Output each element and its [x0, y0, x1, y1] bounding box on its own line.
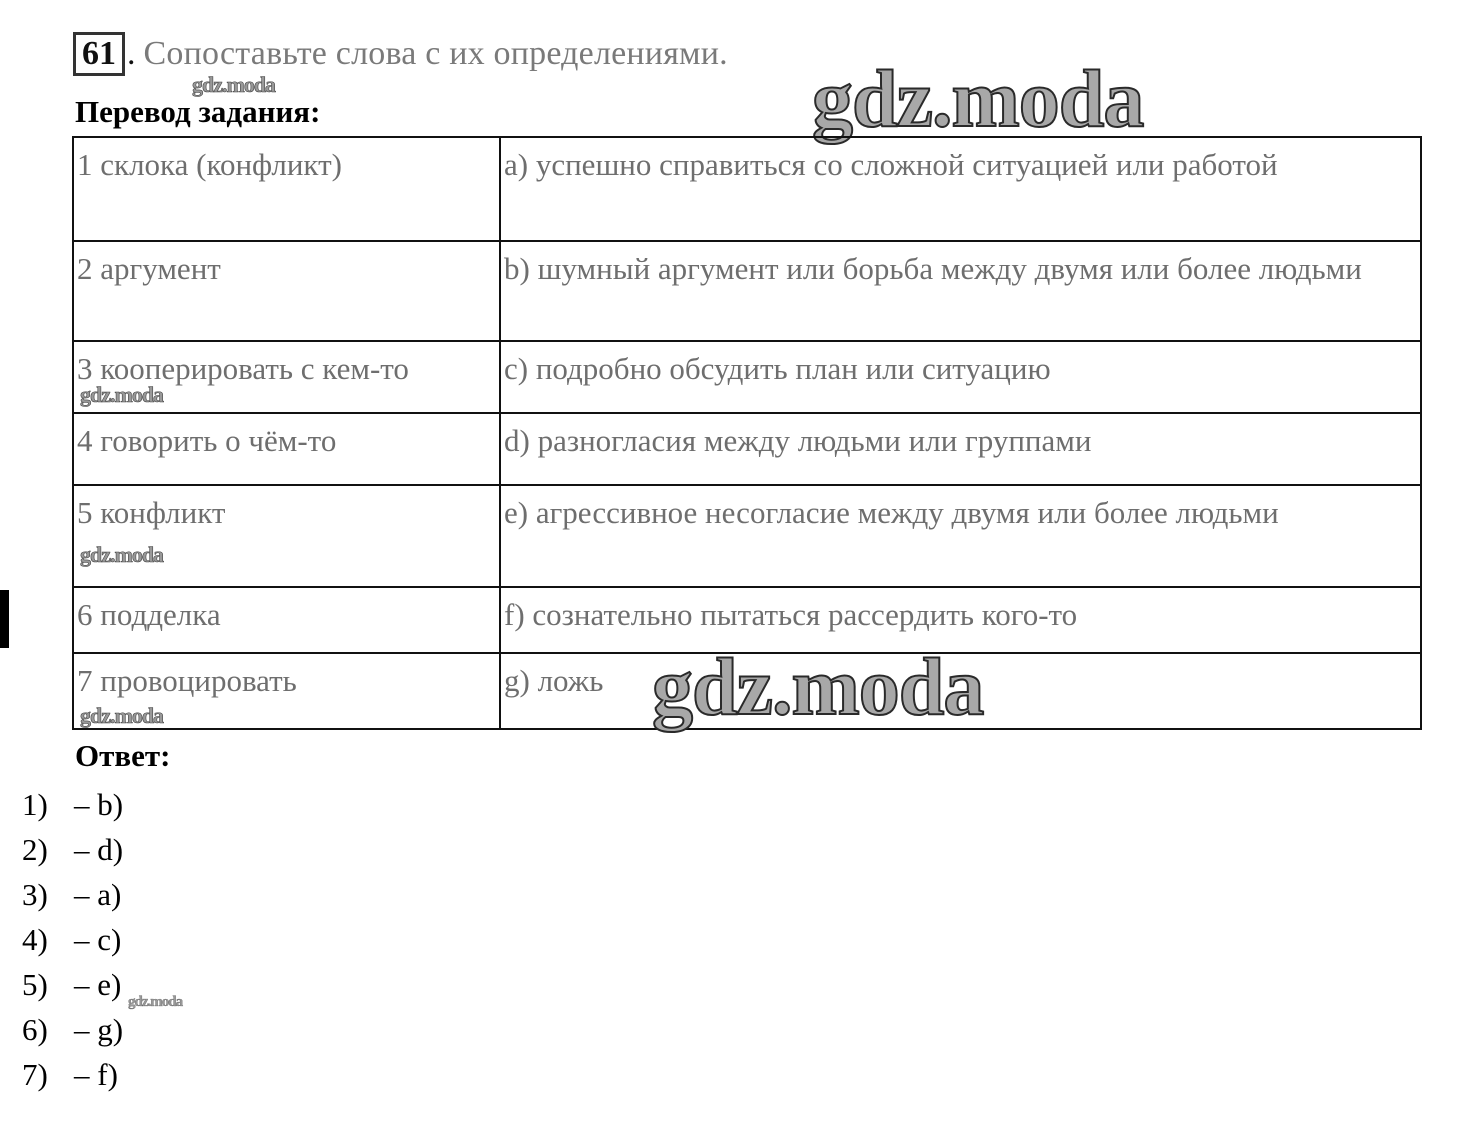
answer-item: 4) – c): [22, 917, 123, 962]
table-row: 7 провоцировать g) ложь: [73, 653, 1421, 729]
answer-number: 6): [22, 1007, 74, 1052]
answer-item: 3) – a): [22, 872, 123, 917]
answer-item: 7) – f): [22, 1052, 123, 1097]
word-cell: 4 говорить о чём-то: [73, 413, 500, 485]
definition-cell: c) подробно обсудить план или ситуацию: [500, 341, 1421, 413]
task-title: Сопоставьте слова с их определениями.: [144, 35, 728, 73]
word-cell: 6 подделка: [73, 587, 500, 653]
word-cell: 5 конфликт: [73, 485, 500, 587]
table-row: 5 конфликт e) агрессивное несогласие меж…: [73, 485, 1421, 587]
table-row: 3 кооперировать с кем-то c) подробно обс…: [73, 341, 1421, 413]
answer-value: – b): [74, 782, 123, 827]
watermark: gdz.moda: [128, 994, 182, 1011]
task-number-dot: .: [127, 35, 136, 73]
answer-item: 1) – b): [22, 782, 123, 827]
answer-list: 1) – b) 2) – d) 3) – a) 4) – c) 5) – e) …: [22, 782, 123, 1097]
word-cell: 3 кооперировать с кем-то: [73, 341, 500, 413]
answer-value: – a): [74, 872, 121, 917]
matching-table: 1 склока (конфликт) a) успешно справитьс…: [72, 136, 1422, 730]
answer-number: 3): [22, 872, 74, 917]
answer-item: 5) – e): [22, 962, 123, 1007]
word-cell: 7 провоцировать: [73, 653, 500, 729]
answer-number: 4): [22, 917, 74, 962]
answer-value: – d): [74, 827, 123, 872]
definition-cell: b) шумный аргумент или борьба между двум…: [500, 241, 1421, 341]
word-cell: 1 склока (конфликт): [73, 137, 500, 241]
answer-value: – c): [74, 917, 121, 962]
watermark-large: gdz.moda: [812, 52, 1143, 146]
answer-heading: Ответ:: [75, 738, 170, 774]
definition-cell: f) сознательно пытаться рассердить кого-…: [500, 587, 1421, 653]
translation-heading: Перевод задания:: [75, 94, 320, 130]
definition-cell: a) успешно справиться со сложной ситуаци…: [500, 137, 1421, 241]
task-number-badge: 61: [73, 32, 125, 76]
word-cell: 2 аргумент: [73, 241, 500, 341]
answer-number: 7): [22, 1052, 74, 1097]
answer-number: 2): [22, 827, 74, 872]
page-edge-mark: [0, 590, 9, 648]
answer-number: 5): [22, 962, 74, 1007]
answer-item: 2) – d): [22, 827, 123, 872]
answer-value: – g): [74, 1007, 123, 1052]
table-row: 1 склока (конфликт) a) успешно справитьс…: [73, 137, 1421, 241]
definition-cell: g) ложь: [500, 653, 1421, 729]
answer-value: – f): [74, 1052, 118, 1097]
task-header: 61 . Сопоставьте слова с их определениям…: [73, 32, 728, 76]
answer-value: – e): [74, 962, 121, 1007]
definition-cell: d) разногласия между людьми или группами: [500, 413, 1421, 485]
table-row: 2 аргумент b) шумный аргумент или борьба…: [73, 241, 1421, 341]
answer-item: 6) – g): [22, 1007, 123, 1052]
answer-number: 1): [22, 782, 74, 827]
definition-cell: e) агрессивное несогласие между двумя ил…: [500, 485, 1421, 587]
table-row: 4 говорить о чём-то d) разногласия между…: [73, 413, 1421, 485]
table-row: 6 подделка f) сознательно пытаться рассе…: [73, 587, 1421, 653]
